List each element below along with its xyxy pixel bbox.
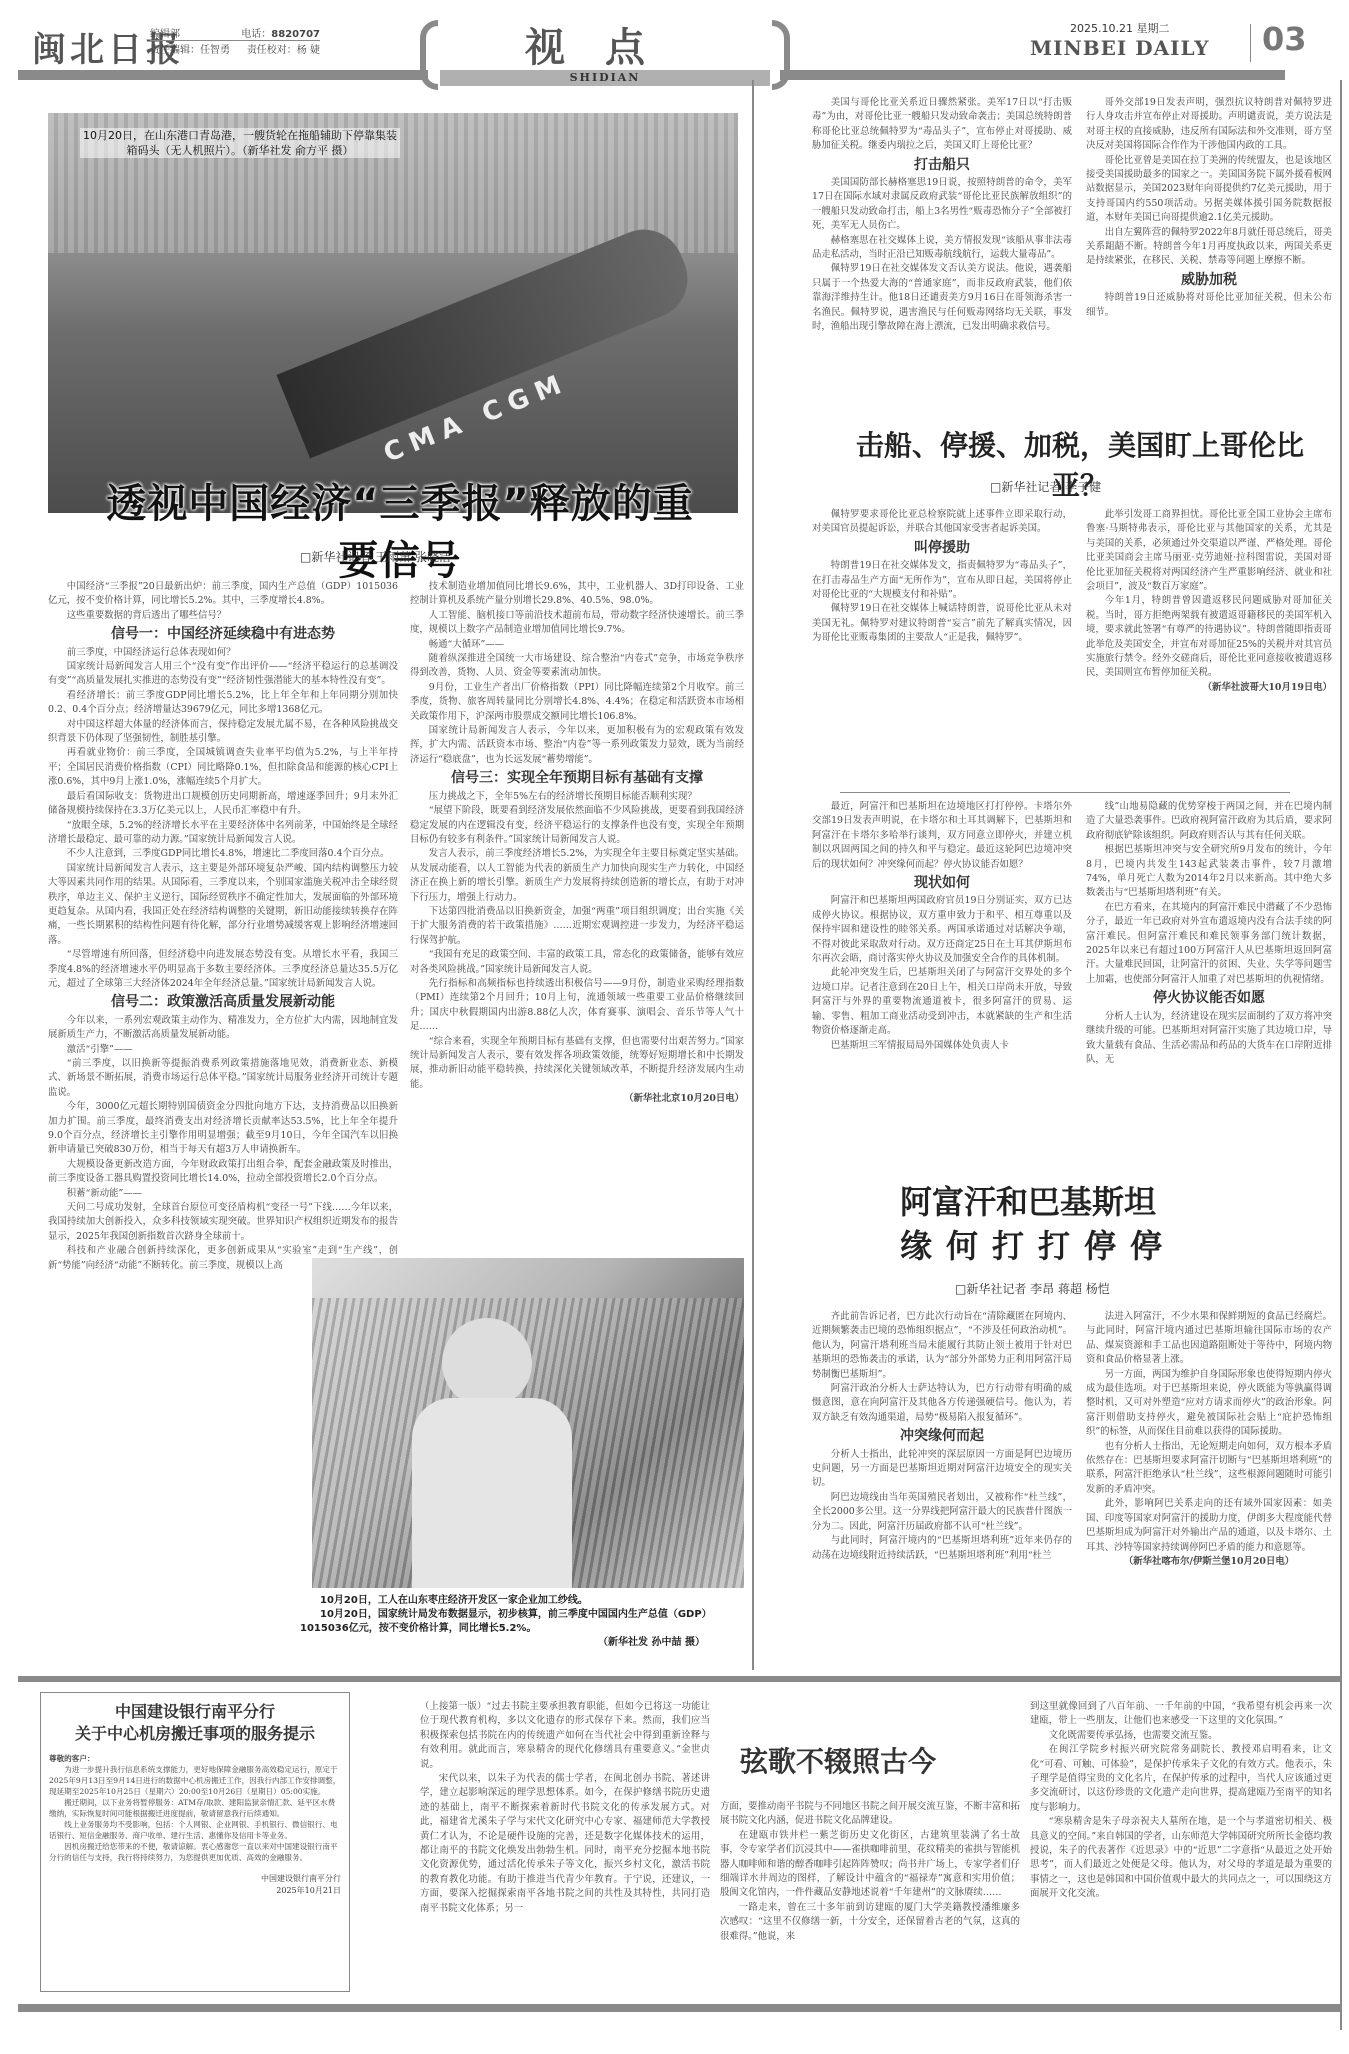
bank-notice-ad: 中国建设银行南平分行 关于中心机房搬迁事项的服务提示 尊敬的客户： 为进一步提升… [40, 1692, 350, 1992]
paragraph: 畅通“大循环”—— [410, 638, 744, 652]
paragraph: 一路走来，曾在三十多年前到访建瓯的厦门大学美籍教授潘维廉多次感叹：“这里不仅修缮… [720, 1901, 1020, 1944]
section-break-rule [18, 1676, 1342, 1682]
paragraph: 分析人士指出，此轮冲突的深层原因一方面是阿巴边境历史问题，另一方面是巴基斯坦近期… [812, 1448, 1072, 1491]
article-headline: 弦歌不辍照古今 [740, 1740, 1000, 1780]
proofreader-credit: 责任校对：杨 婕 [247, 41, 320, 56]
paragraph: 分析人士认为，经济建设在现实层面制约了双方将冲突继续升级的可能。巴基斯坦对阿富汗… [1086, 1010, 1332, 1068]
paragraph: 法进入阿富汗，不少水果和保鲜期短的食品已经腐烂。与此同时，阿富汗境内通过巴基斯坦… [1086, 1310, 1332, 1368]
article2-column-3: 佩特罗要求哥伦比亚总检察院就上述事件立即采取行动，对美国官员提起诉讼，并联合其他… [812, 508, 1072, 788]
paragraph: 再看就业物价：前三季度，全国城镇调查失业率平均值为5.2%，与上半年持平；全国居… [48, 746, 398, 789]
textile-worker-photo [312, 1258, 744, 1588]
paragraph: 大规模设备更新改造方面，今年财政政策打出组合拳，配套金融政策及时推出，前三季度设… [48, 1158, 398, 1187]
section-title: 视点 [450, 16, 760, 73]
dateline: （新华社波哥大10月19日电） [1086, 681, 1332, 695]
paragraph: “前三季度，以旧换新等提振消费系列政策措施落地见效，消费新业态、新模式、新场景不… [48, 1057, 398, 1100]
paragraph: 今年，3000亿元超长期特别国债资金分四批向地方下达，支持消费品以旧换新加力扩围… [48, 1100, 398, 1158]
article-byline: □新华社记者 李昂 蒋超 杨恺 [955, 1280, 1110, 1297]
subheading: 信号三：实现全年预期目标有基础有支撑 [410, 771, 744, 785]
paragraph: 此外，影响阿巴关系走向的还有域外国家因素：如美国、印度等国家对阿富汗的援助力度，… [1086, 1497, 1332, 1555]
article4-column-3: 到这里就像回到了八百年前、一千年前的中国，“我希望有机会再来一次建瓯，带上一些朋… [1030, 1700, 1332, 2010]
paragraph: 佩特罗19日在社交媒体上喊话特朗普，说哥伦比亚从未对美国无礼。佩特罗对建议特朗普… [812, 602, 1072, 645]
paragraph: 也有分析人士指出，无论短期走向如何，双方根本矛盾依然存在：巴基斯坦要求阿富汗切断… [1086, 1440, 1332, 1498]
paragraph: 最后看国际收支：货物进出口规模创历史同期新高，增速逐季回升；9月末外汇储备规模持… [48, 790, 398, 819]
issue-date: 2025.10.21 星期二 [1070, 20, 1169, 36]
editor-credit: 责任编辑：任智勇 [150, 41, 230, 56]
paragraph: 激活“引擎”—— [48, 1043, 398, 1057]
paragraph: 佩特罗要求哥伦比亚总检察院就上述事件立即采取行动，对美国官员提起诉讼，并联合其他… [812, 508, 1072, 537]
paragraph: “综合来看，实现全年预期目标有基础有支撑，但也需要付出艰苦努力。”国家统计局新闻… [410, 1035, 744, 1093]
paragraph: （上接第一版）“过去书院主要承担教育职能，但如今已将这一功能让位于现代教育机构，… [420, 1700, 710, 1772]
subheading: 冲突缘何而起 [812, 1429, 1072, 1443]
paragraph: 哥外交部19日发表声明，强烈抗议特朗普对佩特罗进行人身攻击并宣布停止对哥援助。声… [1086, 96, 1332, 154]
paragraph: 发言人表示，前三季度经济增长5.2%，为实现全年主要目标奠定坚实基础。从发展动能… [410, 847, 744, 905]
paragraph: 根据巴基斯坦冲突与安全研究所9月发布的统计，今年8月，巴境内共发生143起武装袭… [1086, 843, 1332, 901]
paragraph: 线上业务服务均不受影响，包括：个人网银、企业网银、手机银行、微信银行、电话银行、… [49, 1819, 341, 1841]
paragraph: 前三季度，中国经济运行总体表现如何？ [48, 646, 398, 660]
paragraph: 看经济增长：前三季度GDP同比增长5.2%，比上年全年和上年同期分别加快0.2、… [48, 689, 398, 718]
paragraph: 人工智能、脑机接口等前沿技术超前布局，带动数字经济快速增长。前三季度，规模以上数… [410, 609, 744, 638]
paragraph: 下达第四批消费品以旧换新资金，加强“两重”项目组织调度；出台实施《关于扩大服务消… [410, 905, 744, 948]
paragraph: 此轮冲突发生后，巴基斯坦关闭了与阿富汗交界处的多个边境口岸。记者注意到在20日上… [812, 966, 1072, 1038]
phone-number: 8820707 [271, 29, 320, 40]
paragraph: 最近，阿富汗和巴基斯坦在边境地区打打停停。卡塔尔外交部19日发表声明说，在卡塔尔… [812, 800, 1072, 872]
paragraph: 国家统计局新闻发言人用三个“没有变”作出评价——“经济平稳运行的总基调没有变”“… [48, 660, 398, 689]
paragraph: 这些重要数据的背后透出了哪些信号？ [48, 609, 398, 623]
paragraph: 特朗普19日还威胁将对哥伦比亚加征关税，但未公布细节。 [1086, 291, 1332, 320]
paragraph: 与此同时，阿富汗境内的“巴基斯坦塔利班”近年来仍存的动荡在边境线附近持续活跃，“… [812, 1534, 1072, 1563]
paragraph: 在巴方看来，在其境内的阿富汗难民中潜藏了不少恐怖分子，最近一年已政府对外宣布遣返… [1086, 901, 1332, 987]
dateline: （新华社喀布尔/伊斯兰堡10月20日电） [1086, 1555, 1332, 1569]
paragraph: 出自左翼阵营的佩特罗2022年8月就任哥总统后，哥美关系龃龉不断。特朗普今年1月… [1086, 226, 1332, 269]
subheading: 信号一：中国经济延续稳中有进态势 [48, 627, 398, 641]
paragraph: 此举引发哥工商界担忧。哥伦比亚全国工业协会主席布鲁塞·马斯特弗表示，哥伦比亚与其… [1086, 508, 1332, 594]
caption-line: 10月20日，国家统计局发布数据显示，初步核算，前三季度中国国内生产总值（GDP… [300, 1608, 745, 1636]
paragraph: “展望下阶段，既要看到经济发展依然面临不少风险挑战，更要看到我国经济稳定发展的内… [410, 804, 744, 847]
signature-org: 中国建设银行南平分行 [49, 1873, 341, 1885]
subheading: 信号二：政策激活高质量发展新动能 [48, 995, 398, 1009]
paragraph: “尽管增速有所回落，但经济稳中向进发展态势没有变。从增长水平看，我国三季度4.8… [48, 948, 398, 991]
paragraph: 巴基斯坦三军情报局局外国媒体处负责人卡 [812, 1039, 1072, 1053]
article4-column-2: 方面，要推动南平书院与不同地区书院之间开展交流互鉴，不断丰富和拓展书院文化内涵，… [720, 1800, 1020, 2010]
page-border-right [1340, 80, 1342, 2030]
paragraph: “我国有充足的政策空间、丰富的政策工具，常态化的政策储备，能够有效应对各类风险挑… [410, 948, 744, 977]
brand-name: MINBEI DAILY [1030, 36, 1210, 60]
notice-body: 尊敬的客户： 为进一步提升我行信息系统支撑能力，更好地保障金融服务高效稳定运行，… [49, 1753, 341, 1863]
paragraph: 赫格塞思在社交媒体上说，美方情报发现“该船从事非法毒品走私活动，当时正沿已知贩毒… [812, 234, 1072, 263]
paragraph: 今年以来，一系列宏观政策主动作为、精准发力，全方位扩大内需，因地制宜发展新质生产… [48, 1014, 398, 1043]
notice-title-line: 关于中心机房搬迁事项的服务提示 [49, 1723, 341, 1745]
section-bracket-left [420, 20, 438, 90]
paragraph: 国家统计局新闻发言人表示，今年以来，更加积极有为的宏观政策有效发挥，扩大内需、活… [410, 724, 744, 767]
article3-column-1: 最近，阿富汗和巴基斯坦在边境地区打打停停。卡塔尔外交部19日发表声明说，在卡塔尔… [812, 800, 1072, 1170]
header-rule-right [780, 70, 1285, 80]
photo-caption: 10月20日，在山东港口青岛港，一艘货轮在拖船辅助下停靠集装箱码头（无人机照片）… [80, 128, 400, 158]
paragraph: 积蓄“新动能”—— [48, 1187, 398, 1201]
paragraph: 方面，要推动南平书院与不同地区书院之间开展交流互鉴，不断丰富和拓展书院文化内涵，… [720, 1800, 1020, 1829]
notice-greeting: 尊敬的客户： [49, 1753, 341, 1764]
article1-column-2: 技术制造业增加值同比增长9.6%，其中，工业机器人、3D打印设备、工业控制计算机… [410, 580, 744, 1107]
subheading: 现状如何 [812, 876, 1072, 890]
paragraph: 在建瓯市铁井栏一紫芝街历史文化街区，古建筑里装满了名士故事，令专家学者们沉浸其中… [720, 1829, 1020, 1901]
paragraph: “寒泉精舍是朱子母亲祝夫人墓所在地，是一个与孝道密切相关、极具意义的空间。”来自… [1030, 1815, 1332, 1901]
paragraph: 搬迁期间，以下业务将暂停服务：ATM存/取款、建阳监狱亲情汇款、延平区水费缴纳，… [49, 1797, 341, 1819]
photo-credit: （新华社发 孙中喆 摄） [300, 1636, 745, 1650]
caption-line: 10月20日，工人在山东枣庄经济开发区一家企业加工纱线。 [300, 1594, 745, 1608]
article-headline: 透视中国经济“三季报”释放的重要信号 [100, 472, 700, 586]
paragraph: 美国国防部长赫格塞思19日说，按照特朗普的命令，美军17日在国际水域对隶属反政府… [812, 176, 1072, 234]
subheading: 叫停援助 [812, 541, 1072, 555]
header-divider [1250, 24, 1251, 62]
photo-caption: 10月20日，工人在山东枣庄经济开发区一家企业加工纱线。 10月20日，国家统计… [300, 1594, 745, 1650]
paragraph: 阿富汗和巴基斯坦两国政府官员19日分别证实，双方已达成停火协议。根据协议，双方重… [812, 894, 1072, 966]
article1-column-1: 中国经济“三季报”20日最新出炉：前三季度，国内生产总值（GDP）1015036… [48, 580, 398, 1273]
paragraph: 随着纵深推进全国统一大市场建设、综合整治“内卷式”竞争，市场竞争秩序得到改善，货… [410, 652, 744, 681]
dept-label: 编辑部 [150, 25, 180, 40]
paragraph: 在闽江学院乡村振兴研究院常务副院长、教授邓启明看来，让文化“可看、可触、可体验”… [1030, 1743, 1332, 1815]
paragraph: 不少人注意到，三季度GDP同比增长4.8%，增速比二季度回落0.4个百分点。 [48, 847, 398, 861]
paragraph: 对中国这样超大体量的经济体而言，保持稳定发展尤属不易，在各种风险挑战交织背景下仍… [48, 718, 398, 747]
dateline: （新华社北京10月20日电） [410, 1092, 744, 1106]
subheading: 打击船只 [812, 158, 1072, 172]
paragraph: 齐此前告诉记者，巴方此次行动旨在“清除藏匿在阿境内、近期频繁袭击巴境的恐怖组织据… [812, 1310, 1072, 1382]
paragraph: 文化既需要传承弘扬，也需要交流互鉴。 [1030, 1729, 1332, 1743]
article3-column-2: 线”山地易隐藏的优势穿梭于两国之间，并在巴境内制造了大量恐袭事件。巴政府视阿富汗… [1086, 800, 1332, 1170]
paragraph: 阿巴边境线由当年英国殖民者划出，又被称作“杜兰线”，全长2000多公里。这一分界… [812, 1491, 1072, 1534]
article2-column-2: 哥外交部19日发表声明，强烈抗议特朗普对佩特罗进行人身攻击并宣布停止对哥援助。声… [1086, 96, 1332, 320]
article2-column-1: 美国与哥伦比亚关系近日骤然紧张。美军17日以“打击贩毒”为由，对哥伦比亚一艘船只… [812, 96, 1072, 335]
paragraph: 先行指标和高频指标也持续透出积极信号——9月份，制造业采购经理指数（PMI）连续… [410, 977, 744, 1035]
section-subtitle: SHIDIAN [440, 70, 770, 86]
phone-label: 电话： [241, 29, 271, 40]
paragraph: 国家统计局新闻发言人表示，这主要是外部环境复杂严峻、国内结构调整压力较大等因素共… [48, 862, 398, 948]
article-byline: □新华社记者 李子健 [990, 478, 1101, 495]
article-byline: □新华社记者 王雨萧 张晓洁 [300, 548, 451, 565]
footer-rule [18, 2004, 1342, 2012]
paragraph: 中国经济“三季报”20日最新出炉：前三季度，国内生产总值（GDP）1015036… [48, 580, 398, 609]
paragraph: 特朗普19日在社交媒体发文，指责佩特罗为“毒品头子”，在打击毒品生产方面“无所作… [812, 559, 1072, 602]
subheading: 威胁加税 [1086, 273, 1332, 287]
headline-line: 阿富汗和巴基斯坦 [900, 1180, 1220, 1224]
section-divider [840, 792, 1290, 793]
page-number: 03 [1262, 20, 1307, 58]
paragraph: 另一方面，两国为维护自身国际形象也使得短期内停火成为最佳选项。对于巴基斯坦来说，… [1086, 1368, 1332, 1440]
article3-column-4: 法进入阿富汗，不少水果和保鲜期短的食品已经腐烂。与此同时，阿富汗境内通过巴基斯坦… [1086, 1310, 1332, 1680]
paragraph: 今年1月，特朗普曾因遣返移民问题威胁对哥加征关税。当时，哥方拒绝两架载有被遣返哥… [1086, 594, 1332, 680]
article3-column-3: 齐此前告诉记者，巴方此次行动旨在“清除藏匿在阿境内、近期频繁袭击巴境的恐怖组织据… [812, 1310, 1072, 1680]
paragraph: 美国与哥伦比亚关系近日骤然紧张。美军17日以“打击贩毒”为由，对哥伦比亚一艘船只… [812, 96, 1072, 154]
notice-signature: 中国建设银行南平分行 2025年10月21日 [49, 1873, 341, 1897]
paragraph: 因机房搬迁给您带来的不便，敬请谅解。衷心感谢您一直以来对中国建设银行南平分行的信… [49, 1841, 341, 1863]
signature-date: 2025年10月21日 [49, 1885, 341, 1897]
paragraph: 哥伦比亚曾是美国在拉丁美洲的传统盟友，也是该地区接受美国援助最多的国家之一。美国… [1086, 154, 1332, 226]
article4-column-1: （上接第一版）“过去书院主要承担教育职能，但如今已将这一功能让位于现代教育机构，… [420, 1700, 710, 2010]
paragraph: 压力挑战之下，全年5%左右的经济增长预期目标能否顺利实现？ [410, 790, 744, 804]
article2-column-4: 此举引发哥工商界担忧。哥伦比亚全国工业协会主席布鲁塞·马斯特弗表示，哥伦比亚与其… [1086, 508, 1332, 788]
subheading: 停火协议能否如愿 [1086, 991, 1332, 1005]
port-cargo-ship-photo: CMA CGM [48, 113, 738, 513]
paragraph: 阿富汗政治分析人士萨达特认为，巴方行动带有明确的威慑意图，意在向阿富汗及其他各方… [812, 1382, 1072, 1425]
paragraph: 宋代以来，以朱子为代表的儒士学者，在闽北创办书院、著述讲学，建立起影响深远的理学… [420, 1772, 710, 1916]
headline-line: 缘何打打停停 [900, 1224, 1220, 1268]
paragraph: 9月份，工业生产者出厂价格指数（PPI）同比降幅连续第2个月收窄。前三季度，货物… [410, 681, 744, 724]
notice-title-line: 中国建设银行南平分行 [49, 1701, 341, 1723]
editorial-info: 编辑部电话：8820707 责任编辑：任智勇责任校对：杨 婕 [150, 24, 320, 56]
header-rule-left [18, 70, 428, 80]
paragraph: 技术制造业增加值同比增长9.6%，其中，工业机器人、3D打印设备、工业控制计算机… [410, 580, 744, 609]
paragraph: 为进一步提升我行信息系统支撑能力，更好地保障金融服务高效稳定运行，原定于2025… [49, 1764, 341, 1797]
paragraph: 天问二号成功发射，全球首台原位可变径盾构机“变径一号”下线……今年以来，我国持续… [48, 1201, 398, 1244]
column-divider [752, 80, 754, 1670]
notice-title: 中国建设银行南平分行 关于中心机房搬迁事项的服务提示 [49, 1701, 341, 1745]
paragraph: 到这里就像回到了八百年前、一千年前的中国，“我希望有机会再来一次建瓯，带上一些朋… [1030, 1700, 1332, 1729]
paragraph: 佩特罗19日在社交媒体发文否认美方说法。他说，遇袭船只属于一个热爱大海的“普通家… [812, 262, 1072, 334]
paragraph: “放眼全球，5.2%的经济增长水平在主要经济体中名列前茅，中国始终是全球经济增长… [48, 819, 398, 848]
paragraph: 线”山地易隐藏的优势穿梭于两国之间，并在巴境内制造了大量恐袭事件。巴政府视阿富汗… [1086, 800, 1332, 843]
article-headline: 阿富汗和巴基斯坦 缘何打打停停 [900, 1180, 1220, 1268]
